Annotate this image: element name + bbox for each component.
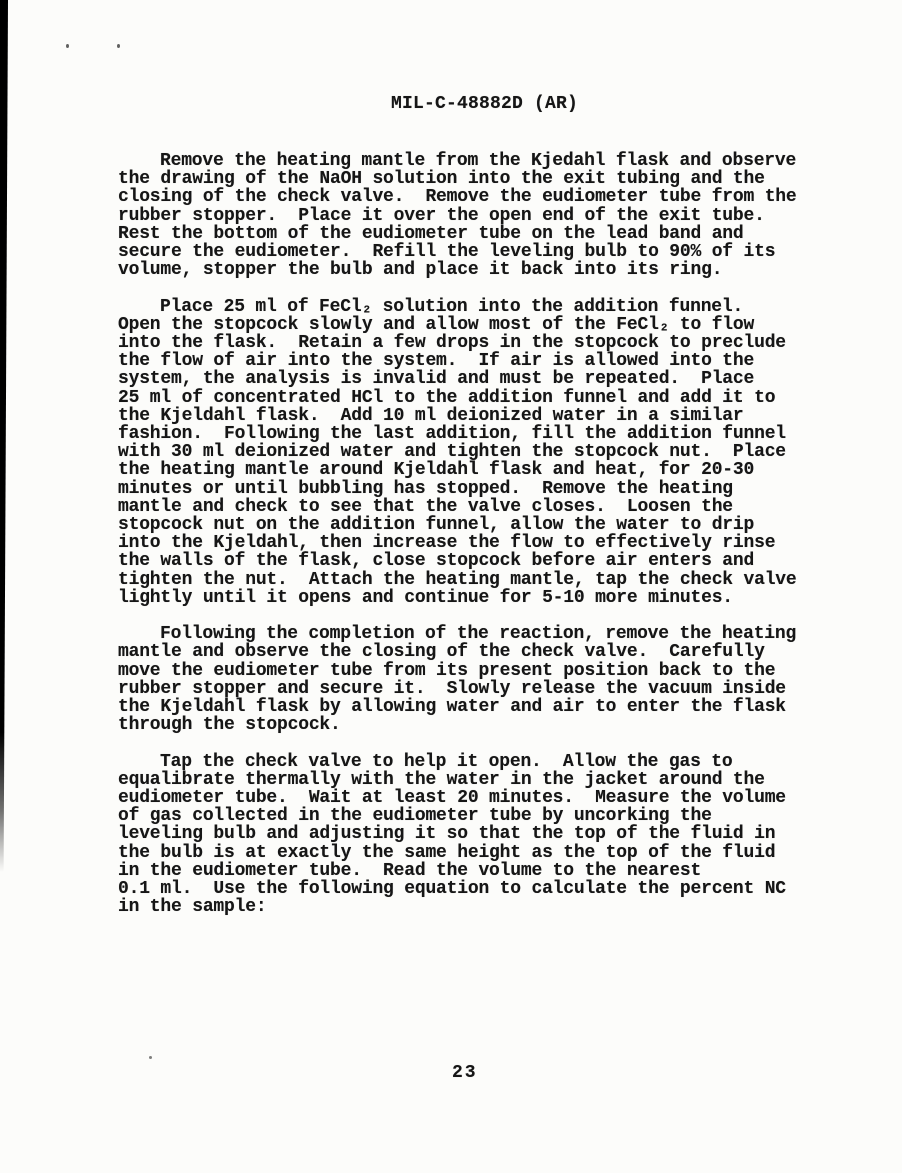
scan-speck [149, 1056, 152, 1059]
paragraph-1: Remove the heating mantle from the Kjeda… [118, 152, 838, 279]
paragraph-4: Tap the check valve to help it open. All… [118, 753, 838, 917]
scan-speck [66, 44, 69, 48]
scan-edge-artifact [0, 0, 8, 872]
scan-speck [117, 44, 120, 48]
document-body: Remove the heating mantle from the Kjeda… [118, 152, 838, 935]
paragraph-3: Following the completion of the reaction… [118, 625, 838, 734]
page-number: 23 [452, 1063, 478, 1083]
scanned-document-page: MIL-C-48882D (AR) Remove the heating man… [0, 0, 902, 1173]
spec-document-number-header: MIL-C-48882D (AR) [391, 94, 578, 114]
paragraph-2: Place 25 ml of FeCl₂ solution into the a… [118, 298, 838, 607]
